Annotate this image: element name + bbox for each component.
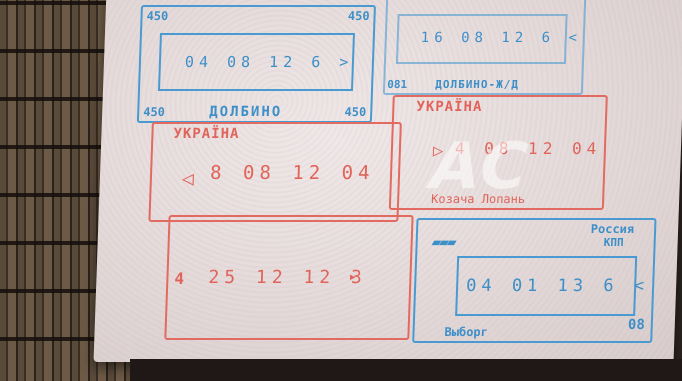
passport-photo: 450 450 04 08 12 6 > 450 ДОЛБИНО 450 16 … [0,0,682,381]
stamp-date: 8 08 12 04 [210,162,375,184]
stamp-russia-kpp: ▰▰▰ Россия КПП 04 01 13 6 < Выборг 08 [412,218,656,343]
stamp-inner-frame: 16 08 12 6 < [396,14,568,64]
stamp-code: 450 [143,105,165,119]
stamp-ukraina-entry: УКРАЇНА ◁ 8 08 12 04 [148,122,401,222]
direction-arrow-icon: ▸ [348,269,357,285]
stamp-ukraina-bottom: 4 25 12 12 3 ▸ [164,215,413,340]
stamp-code: 4 [174,269,184,288]
stamp-code: 08 [628,317,645,333]
stamp-code: 450 [348,9,370,23]
stamp-dolbino-exit: 16 08 12 6 < 081 ДОЛБИНО-Ж/Д [383,0,587,95]
stamp-date: 04 01 13 6 < [466,276,650,296]
stamp-date: 04 08 12 6 > [185,53,354,71]
stamp-country: УКРАЇНА [416,99,483,115]
passport-page: 450 450 04 08 12 6 > 450 ДОЛБИНО 450 16 … [94,0,682,362]
passport-cover-edge [130,359,682,381]
stamp-country: УКРАЇНА [173,126,240,142]
stamp-place: ДОЛБИНО [209,104,283,120]
stamp-code: 450 [344,105,366,119]
train-icon: ▰▰▰ [431,232,455,251]
stamp-code: 450 [146,9,168,23]
direction-arrow-icon: ◁ [182,166,195,190]
stamp-inner-frame: 04 08 12 6 > [158,33,355,91]
stamp-date: 25 12 12 3 [208,267,367,288]
stamp-dolbino-entry: 450 450 04 08 12 6 > 450 ДОЛБИНО 450 [137,5,376,123]
stamp-date: 16 08 12 6 < [421,30,583,46]
stamp-header: Россия [591,222,635,236]
stamp-place: ДОЛБИНО-Ж/Д [435,78,519,91]
watermark: AC [421,130,536,204]
stamp-inner-frame: 04 01 13 6 < [455,256,637,316]
stamp-subheader: КПП [604,236,624,249]
stamp-code: 081 [387,78,407,91]
stamp-place: Выборг [444,325,488,339]
